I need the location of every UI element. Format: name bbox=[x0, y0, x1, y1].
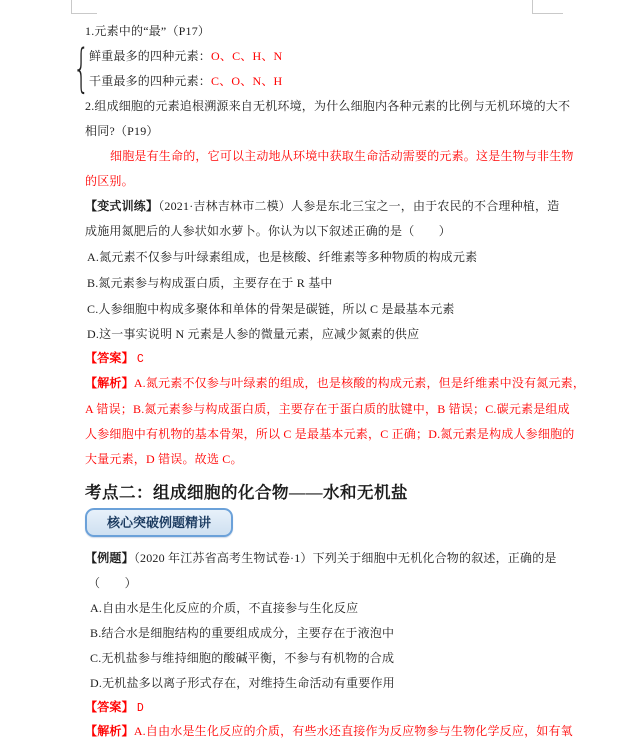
fresh-weight-elements: O、C、H、N bbox=[211, 49, 282, 63]
key-answer-line2: 的区别。 bbox=[85, 174, 134, 189]
example-option-b: B.结合水是细胞结构的重要组成成分，主要存在于液泡中 bbox=[90, 626, 394, 641]
answer-letter: D bbox=[137, 702, 144, 715]
section-heading: 考点二：组成细胞的化合物——水和无机盐 bbox=[85, 479, 408, 503]
answer-tag: 【答案】 bbox=[85, 351, 134, 365]
answer-tag: 【答案】 bbox=[85, 700, 134, 714]
fresh-weight-label: 鲜重最多的四种元素： bbox=[89, 49, 211, 63]
core-breakthrough-badge: 核心突破例题精讲 bbox=[85, 508, 233, 537]
exercise-option-d: D.这一事实说明 N 元素是人参的微量元素，应减少氮素的供应 bbox=[87, 327, 419, 342]
analysis-tag: 【解析】 bbox=[85, 376, 134, 390]
exercise-option-a: A.氮元素不仅参与叶绿素组成，也是核酸、纤维素等多种物质的构成元素 bbox=[87, 250, 477, 265]
example-stem-line2: （ ） bbox=[88, 576, 137, 591]
dry-weight-line: 干重最多的四种元素：C、O、N、H bbox=[89, 74, 282, 89]
margin-crop-mark-left-horizontal bbox=[71, 13, 97, 14]
example-analysis-line1: 【解析】A.自由水是生化反应的介质，有些水还直接作为反应物参与生物化学反应，如有… bbox=[85, 724, 573, 739]
exercise-analysis-line2: A 错误；B.氮元素参与构成蛋白质，主要存在于蛋白质的肽键中，B 错误；C.碳元… bbox=[85, 402, 570, 417]
exercise-analysis-line3: 人参细胞中有机物的基本骨架，所以 C 是最基本元素，C 正确；D.氮元素是构成人… bbox=[85, 427, 574, 442]
exercise-analysis-line4: 大量元素，D 错误。故选 C。 bbox=[85, 452, 243, 467]
answer-letter: C bbox=[137, 353, 144, 366]
margin-crop-mark-left-vertical bbox=[71, 0, 72, 14]
note-item-2-line2: 相同?（P19） bbox=[85, 124, 159, 139]
margin-crop-mark-right-horizontal bbox=[532, 13, 563, 14]
example-tag: 【例题】 bbox=[85, 551, 134, 565]
fresh-weight-line: 鲜重最多的四种元素：O、C、H、N bbox=[89, 49, 282, 64]
example-option-a: A.自由水是生化反应的介质，不直接参与生化反应 bbox=[90, 601, 358, 616]
exercise-answer-line: 【答案】C bbox=[85, 351, 144, 367]
left-brace-glyph: { bbox=[73, 39, 90, 99]
exercise-option-b: B.氮元素参与构成蛋白质，主要存在于 R 基中 bbox=[87, 276, 333, 291]
dry-weight-label: 干重最多的四种元素： bbox=[89, 74, 211, 88]
note-item-2-line1: 2.组成细胞的元素追根溯源来自无机环境，为什么细胞内各种元素的比例与无机环境的大… bbox=[85, 99, 570, 114]
exercise-option-c: C.人参细胞中构成多聚体和单体的骨架是碳链，所以 C 是最基本元素 bbox=[87, 302, 455, 317]
example-stem-line1: 【例题】（2020 年江苏省高考生物试卷·1）下列关于细胞中无机化合物的叙述，正… bbox=[85, 551, 557, 566]
example-option-c: C.无机盐参与维持细胞的酸碱平衡，不参与有机物的合成 bbox=[90, 651, 394, 666]
dry-weight-elements: C、O、N、H bbox=[211, 74, 282, 88]
exercise-tag: 【变式训练】 bbox=[85, 199, 158, 213]
key-answer-line1: 细胞是有生命的，它可以主动地从环境中获取生命活动需要的元素。这是生物与非生物 bbox=[110, 149, 574, 164]
document-page: { "colors": { "red": "#ff0000", "text": … bbox=[0, 0, 640, 750]
note-item-1: 1.元素中的“最”（P17） bbox=[85, 24, 210, 39]
exercise-stem-line1: 【变式训练】（2021·吉林吉林市二模）人参是东北三宝之一，由于农民的不合理种植… bbox=[85, 199, 559, 214]
analysis-tag: 【解析】 bbox=[85, 724, 134, 738]
exercise-stem-line2: 成施用氮肥后的人参状如水萝卜。你认为以下叙述正确的是（ ） bbox=[85, 224, 451, 239]
example-option-d: D.无机盐多以离子形式存在，对维持生命活动有重要作用 bbox=[90, 676, 395, 691]
exercise-analysis-line1: 【解析】A.氮元素不仅参与叶绿素的组成，也是核酸的构成元素，但是纤维素中没有氮元… bbox=[85, 376, 585, 391]
margin-crop-mark-right-vertical bbox=[532, 0, 533, 14]
example-answer-line: 【答案】D bbox=[85, 700, 144, 716]
